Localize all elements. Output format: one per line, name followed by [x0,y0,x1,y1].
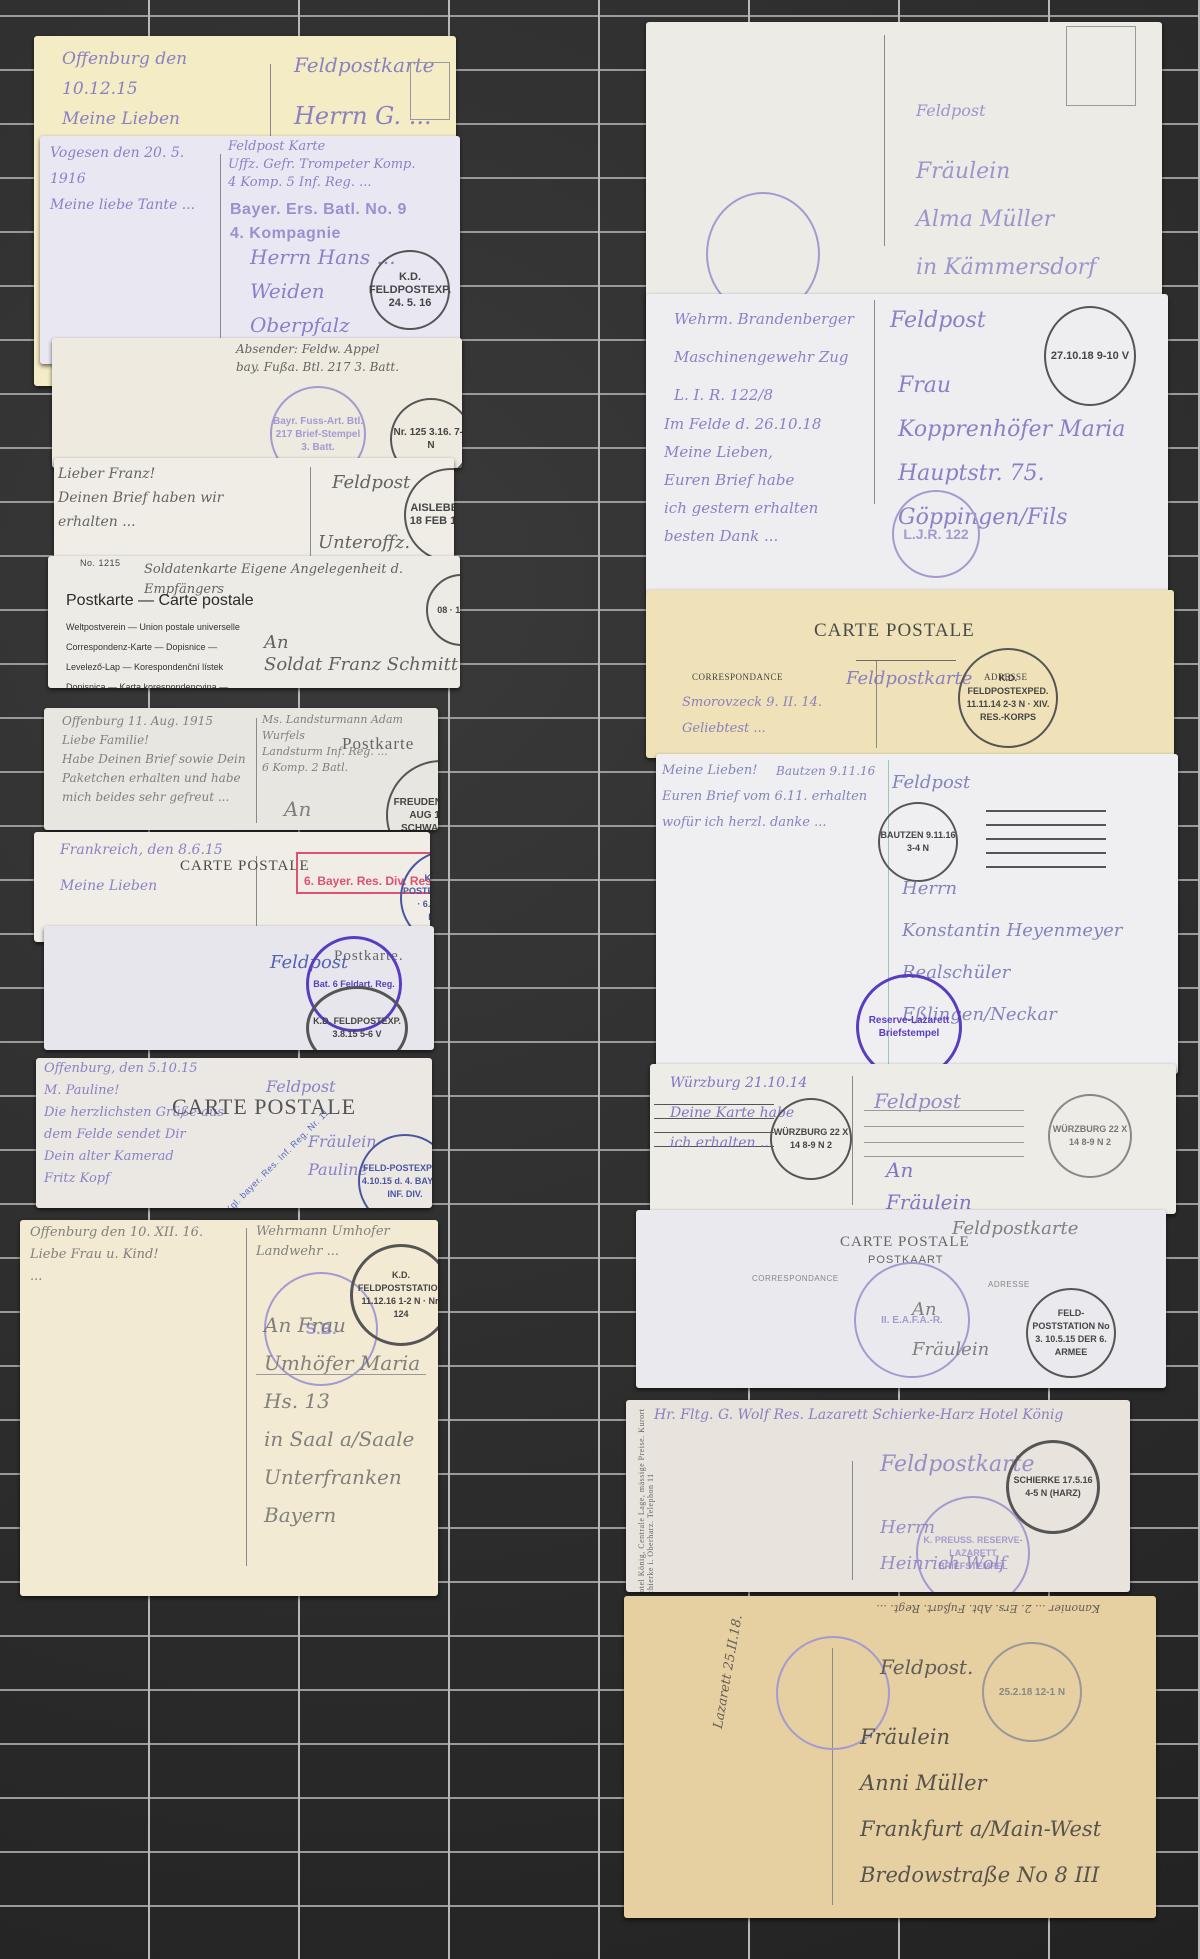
message-text: Lazarett 25.II.18. [704,1613,754,1732]
card-divider [852,1076,853,1205]
line: Dopisnica — Karta korespondencyjna — [66,682,228,688]
feldpost-line: Feldpost. [880,1652,973,1682]
address-rule [864,1126,1024,1127]
card-divider [852,1461,853,1580]
left-label: CORRESPONDANCE [752,1274,839,1283]
postcard-r2: Wehrm. Brandenberger Maschinengewehr Zug… [646,294,1168,594]
feldpost-line: Feldpost [916,96,986,126]
feldpost-line: Feldpostkarte [952,1214,1078,1244]
unit-stamp: Reserve-Lazarett Briefstempel [856,974,962,1074]
postmark: WÜRZBURG 22 X 14 8-9 N 2 [770,1098,852,1180]
postcard-l9: Offenburg, den 5.10.15 M. Pauline! Die h… [36,1058,432,1208]
unit-stamp: Bayer. Ers. Batl. No. 9 4. Kompagnie [230,198,407,246]
feldpost-line: Feldpost [892,768,970,798]
feldpost-line: Feldpost [266,1072,336,1102]
postmark: K.D. FELDPOSTEXPED. 11.11.14 2-3 N · XIV… [958,648,1058,748]
message-text: Offenburg 11. Aug. 1915 Liebe Familie! H… [62,712,258,807]
feldpost-line: Feldpost [332,468,410,498]
postmark: AISLEBEN UfR. 18 FEB 12-1 NM [404,468,454,562]
address-rule [864,1142,1024,1143]
sender-text: Ms. Landsturmann Adam Wurfels Landsturm … [262,712,438,776]
postcard-r6: CARTE POSTALE POSTKAART CORRESPONDANCE A… [636,1210,1166,1388]
postmark: K.D. FELDPOSTEXP. 24. 5. 16 [370,250,450,330]
unit-stamp: L.J.R. 122 [892,490,980,578]
card-number: No. 1215 [80,558,121,568]
card-divider [310,467,311,568]
publisher-edge: Hotel König, Centrale Lage, mässige Prei… [637,1400,655,1592]
feldpost-line: Feldpost [890,306,986,336]
stamp-box [1066,26,1136,106]
right-label: ADRESSE [988,1280,1030,1289]
sender-text: Kanonier ... 2. Ers. Abt. Fußart. Regt. … [850,1600,1100,1616]
wave-cancel [986,810,1106,812]
message-text: Offenburg, den 5.10.15 M. Pauline! Die h… [44,1058,294,1190]
postcard-r3: CARTE POSTALE CORRESPONDANCE ADRESSE Smo… [646,590,1174,758]
feldpost-line: Feldpostkarte [846,664,972,694]
postmark-2: WÜRZBURG 22 X 14 8-9 N 2 [1048,1094,1132,1178]
line: Correspondenz-Karte — Dopisnice — [66,642,217,652]
feldpost-line: Feldpost [874,1086,961,1116]
card-divider [220,154,221,350]
address-text: An Soldat Franz Schmitt [264,632,458,676]
postcard-l3: Absender: Feldw. Appel bay. Fußa. Btl. 2… [52,338,462,468]
message-text: Smorovzeck 9. II. 14. Geliebtest ... [682,690,872,742]
unit-stamp: Bayr. Fuss-Art. Btl. 217 Brief-Stempel 3… [270,386,366,468]
message-text: Lieber Franz! Deinen Brief haben wir erh… [58,462,308,534]
sender-text: Wehrm. Brandenberger Maschinengewehr Zug… [674,300,874,414]
card-divider [874,300,875,504]
message-text [650,1212,900,1234]
wave-cancel [986,838,1106,840]
card-divider [884,35,885,246]
postcard-r7: Hotel König, Centrale Lage, mässige Prei… [626,1400,1130,1592]
address-text: Fräulein Anni Müller Frankfurt a/Main-We… [860,1714,1101,1898]
card-title: CARTE POSTALE [840,1234,970,1251]
line: Weltpostverein — Union postale universel… [66,622,240,632]
sender-text: Hr. Fltg. G. Wolf Res. Lazarett Schierke… [654,1400,1094,1430]
postmark: FELD-POSTSTATION No 3. 10.5.15 DER 6. AR… [1026,1288,1116,1378]
message-text: Vogesen den 20. 5. 1916 Meine liebe Tant… [50,140,220,218]
postcard-r5: Würzburg 21.10.14 Deine Karte habe ich e… [650,1064,1176,1214]
address-text: An Frau Umhöfer Maria Hs. 13 in Saal a/S… [264,1306,420,1534]
message-text: Offenburg den 10. XII. 16. Liebe Frau u.… [30,1222,240,1288]
card-title: CARTE POSTALE [814,620,975,642]
message-text [58,930,238,947]
card-divider [246,1228,247,1566]
postcard-l10: Offenburg den 10. XII. 16. Liebe Frau u.… [20,1220,438,1596]
postcard-l2: Vogesen den 20. 5. 1916 Meine liebe Tant… [40,136,460,364]
card-title: CARTE POSTALE [180,858,310,875]
postcard-l8: Feldpost Postkarte. Bat. 6 Feldart. Reg.… [44,926,434,1050]
sender-text: Absender: Feldw. Appel bay. Fußa. Btl. 2… [236,340,456,376]
address-text: An [284,794,311,824]
address-text: An Fräulein [886,1154,972,1214]
address-text: Herrn Heinrich Wolf [880,1510,1006,1582]
address-rule [256,1374,426,1375]
sender-text: Feldpost Karte Uffz. Gefr. Trompeter Kom… [228,138,458,192]
address-text: An Fräulein [912,1290,989,1370]
left-label: CORRESPONDANCE [692,672,783,682]
card-title: Postkarte — Carte postale [66,592,254,610]
wave-cancel [986,852,1106,854]
title-rule [856,660,956,661]
postcard-l6: Offenburg 11. Aug. 1915 Liebe Familie! H… [44,708,438,830]
place-date: Bautzen 9.11.16 [776,756,875,786]
message-text [92,342,252,364]
line: Levelező-Lap — Korespondenční lístek [66,662,223,672]
postcard-r4: Meine Lieben! Euren Brief vom 6.11. erha… [656,754,1178,1074]
wave-cancel [986,824,1106,826]
address-text: Unteroffz. [318,528,410,558]
message-text: Im Felde d. 26.10.18 Meine Lieben, Euren… [664,410,874,550]
stamp-box [410,62,450,120]
postcard-r8: Lazarett 25.II.18. Kanonier ... 2. Ers. … [624,1596,1156,1918]
address-rule [864,1110,1024,1111]
postcard-l5: No. 1215 Soldatenkarte Eigene Angelegenh… [48,556,460,688]
